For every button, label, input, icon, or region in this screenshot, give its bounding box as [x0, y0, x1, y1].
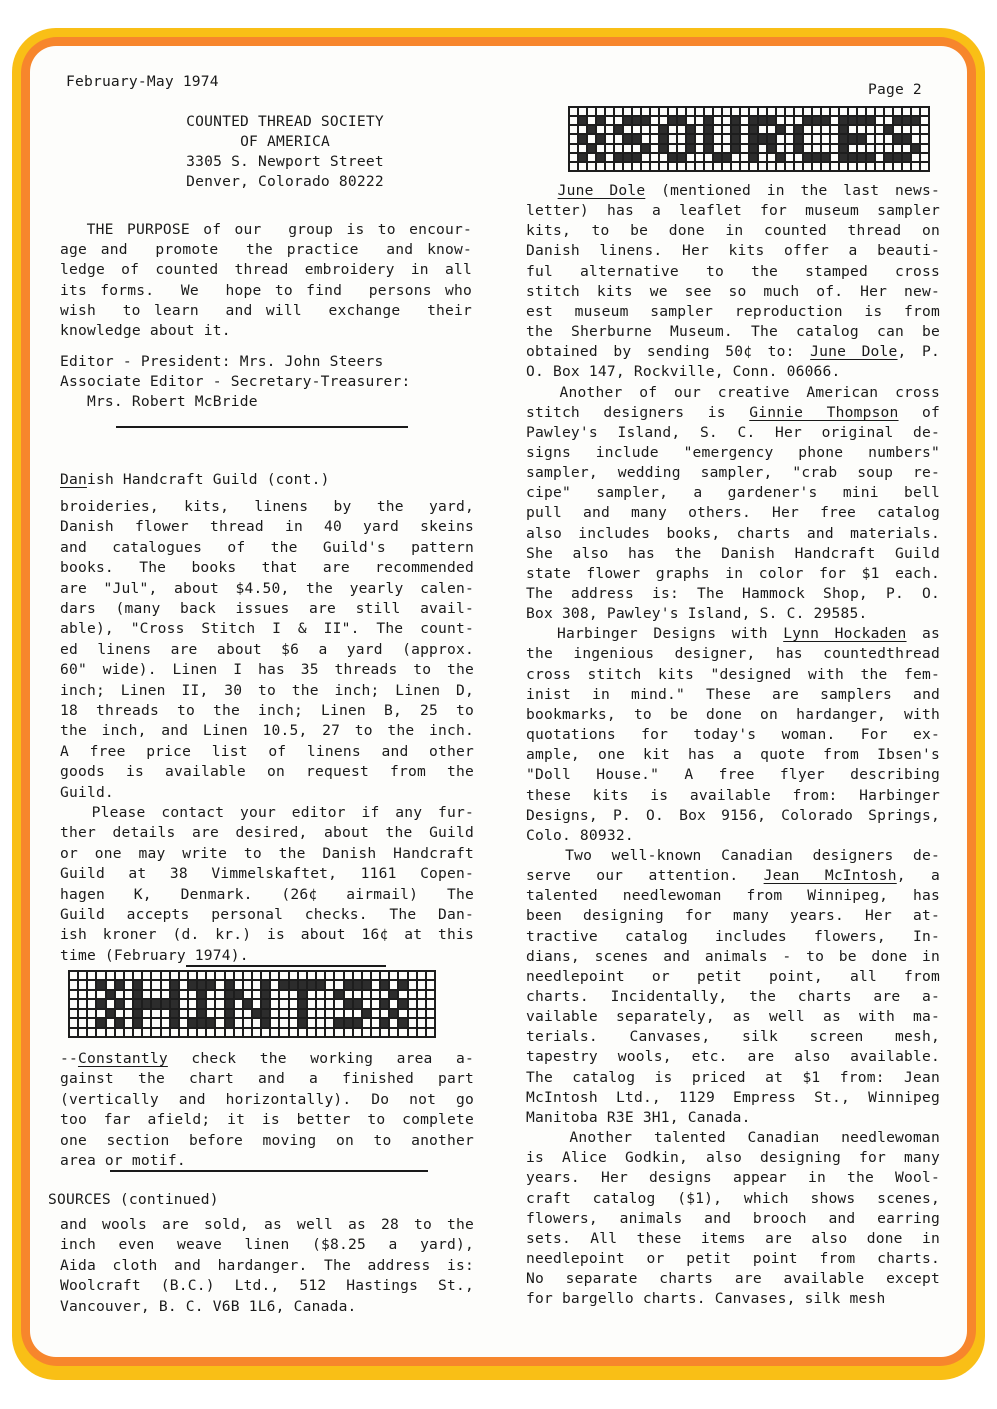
banner-cell: [750, 108, 757, 115]
banner-cell: [180, 1029, 187, 1036]
banner-cell: [912, 108, 919, 115]
page-number: Page 2: [868, 80, 922, 100]
banner-cell: [143, 972, 150, 979]
banner-cell: [615, 163, 622, 170]
banner-cell: [588, 154, 595, 161]
banner-cell: [390, 991, 397, 998]
banner-cell: [235, 1029, 242, 1036]
banner-cell: [317, 991, 324, 998]
banner-cell: [849, 135, 856, 142]
banner-cell: [399, 981, 406, 988]
banner-cell: [669, 135, 676, 142]
text-line: also includes books, charts and material…: [526, 524, 940, 544]
banner-cell: [714, 117, 721, 124]
banner-cell: [70, 991, 77, 998]
banner-cell: [427, 972, 434, 979]
banner-cell: [409, 1029, 416, 1036]
banner-cell: [885, 117, 892, 124]
text-line: ful alternative to the stamped cross: [526, 262, 940, 282]
banner-cell: [290, 1000, 297, 1007]
banner-cell: [152, 1029, 159, 1036]
banner-cell: [687, 154, 694, 161]
banner-cell: [88, 991, 95, 998]
banner-cell: [335, 1029, 342, 1036]
banner-cell: [253, 1000, 260, 1007]
banner-cell: [606, 145, 613, 152]
banner-cell: [326, 1010, 333, 1017]
banner-cell: [696, 126, 703, 133]
banner-cell: [660, 154, 667, 161]
banner-cell: [299, 972, 306, 979]
banner-cell: [345, 972, 352, 979]
banner-cell: [189, 981, 196, 988]
banner-cell: [894, 135, 901, 142]
banner-cell: [813, 135, 820, 142]
text-line: area or motif.: [60, 1151, 474, 1171]
text-line: been designing for many years. Her at-: [526, 906, 940, 926]
banner-cell: [125, 1010, 132, 1017]
banner-cell: [750, 145, 757, 152]
banner-cell: [651, 154, 658, 161]
banner-cell: [290, 981, 297, 988]
banner-cell: [198, 1019, 205, 1026]
banner-cell: [216, 1010, 223, 1017]
banner-cell: [723, 117, 730, 124]
banner-cell: [308, 1000, 315, 1007]
banner-cell: [335, 981, 342, 988]
banner-cell: [116, 991, 123, 998]
banner-cell: [216, 981, 223, 988]
banner-cell: [381, 1019, 388, 1026]
banner-cell: [262, 1029, 269, 1036]
banner-cell: [849, 117, 856, 124]
banner-cell: [840, 117, 847, 124]
banner-cell: [840, 145, 847, 152]
banner-cell: [134, 972, 141, 979]
banner-cell: [235, 981, 242, 988]
banner-cell: [885, 154, 892, 161]
banner-cell: [207, 1010, 214, 1017]
banner-cell: [579, 145, 586, 152]
text-line: Another of our creative American cross: [526, 383, 940, 403]
banner-cell: [885, 135, 892, 142]
banner-cell: [409, 991, 416, 998]
section-divider: [186, 965, 386, 967]
banner-cell: [714, 163, 721, 170]
banner-cell: [70, 1000, 77, 1007]
text-line: A free price list of linens and other: [60, 742, 474, 762]
banner-cell: [831, 163, 838, 170]
text-line: the Sherburne Museum. The catalog can be: [526, 322, 940, 342]
banner-cell: [116, 1019, 123, 1026]
banner-cell: [759, 163, 766, 170]
banner-cell: [678, 163, 685, 170]
banner-cell: [244, 1010, 251, 1017]
banner-cell: [427, 1010, 434, 1017]
banner-cell: [372, 991, 379, 998]
banner-cell: [280, 981, 287, 988]
banner-cell: [171, 1010, 178, 1017]
banner-cell: [687, 145, 694, 152]
banner-cell: [633, 163, 640, 170]
banner-cell: [143, 1019, 150, 1026]
banner-cell: [427, 1000, 434, 1007]
banner-cell: [696, 117, 703, 124]
banner-cell: [134, 1010, 141, 1017]
banner-cell: [399, 1010, 406, 1017]
text-line: needlepoint or petit point, all from: [526, 967, 940, 987]
banner-cell: [867, 126, 874, 133]
banner-cell: [597, 135, 604, 142]
banner-cell: [804, 117, 811, 124]
banner-cell: [903, 145, 910, 152]
banner-cell: [840, 154, 847, 161]
banner-cell: [97, 1019, 104, 1026]
banner-cell: [687, 163, 694, 170]
banner-cell: [171, 972, 178, 979]
banner-cell: [372, 972, 379, 979]
banner-cell: [732, 126, 739, 133]
banner-cell: [876, 163, 883, 170]
text-line: Aida cloth and hardanger. The address is…: [60, 1256, 474, 1276]
banner-cell: [858, 135, 865, 142]
banner-cell: [116, 1000, 123, 1007]
banner-cell: [714, 135, 721, 142]
banner-cell: [732, 135, 739, 142]
text-line: books. The books that are recommended: [60, 558, 474, 578]
banner-cell: [390, 981, 397, 988]
banner-cell: [244, 972, 251, 979]
banner-cell: [235, 972, 242, 979]
banner-cell: [597, 154, 604, 161]
banner-cell: [180, 1010, 187, 1017]
banner-cell: [786, 163, 793, 170]
banner-cell: [813, 117, 820, 124]
banner-cell: [579, 117, 586, 124]
masthead-line: 3305 S. Newport Street: [110, 152, 460, 172]
banner-cell: [858, 163, 865, 170]
text-line: Please contact your editor if any fur-: [60, 803, 474, 823]
banner-cell: [642, 126, 649, 133]
text-line: ed linens are about $6 a yard (approx.: [60, 640, 474, 660]
text-line: Another talented Canadian needlewoman: [526, 1128, 940, 1148]
text-line: Box 308, Pawley's Island, S. C. 29585.: [526, 604, 940, 624]
banner-cell: [741, 126, 748, 133]
banner-cell: [849, 154, 856, 161]
banner-cell: [326, 981, 333, 988]
banner-cell: [651, 126, 658, 133]
banner-cell: [162, 972, 169, 979]
banner-cell: [912, 145, 919, 152]
banner-cell: [777, 135, 784, 142]
banner-cell: [399, 972, 406, 979]
banner-cell: [97, 991, 104, 998]
text-line: years. Her designs appear in the Wool-: [526, 1168, 940, 1188]
banner-cell: [615, 117, 622, 124]
text-line: 60" wide). Linen I has 35 threads to the: [60, 660, 474, 680]
banner-cell: [876, 154, 883, 161]
banner-cell: [750, 154, 757, 161]
banner-cell: [363, 1010, 370, 1017]
banner-cell: [409, 1000, 416, 1007]
banner-cell: [381, 1010, 388, 1017]
banner-cell: [427, 991, 434, 998]
banner-cell: [271, 972, 278, 979]
banner-cell: [687, 108, 694, 115]
banner-cell: [615, 126, 622, 133]
banner-cell: [795, 154, 802, 161]
text-line: est museum sampler reproduction is from: [526, 302, 940, 322]
text-line: sampler, wedding sampler, "crab soup re-: [526, 463, 940, 483]
banner-cell: [290, 1010, 297, 1017]
banner-cell: [876, 117, 883, 124]
banner-cell: [858, 145, 865, 152]
banner-cell: [143, 1000, 150, 1007]
banner-cell: [207, 991, 214, 998]
banner-cell: [235, 1010, 242, 1017]
banner-cell: [849, 163, 856, 170]
banner-cell: [705, 108, 712, 115]
banner-cell: [427, 981, 434, 988]
banner-cell: [606, 108, 613, 115]
banner-cell: [912, 135, 919, 142]
banner-cell: [885, 126, 892, 133]
banner-cell: [399, 991, 406, 998]
banner-cell: [912, 126, 919, 133]
banner-cell: [345, 991, 352, 998]
banner-cell: [723, 163, 730, 170]
banner-cell: [570, 126, 577, 133]
banner-cell: [125, 1019, 132, 1026]
banner-cell: [804, 108, 811, 115]
banner-cell: [271, 1019, 278, 1026]
banner-cell: [97, 981, 104, 988]
banner-cell: [615, 145, 622, 152]
banner-cell: [849, 108, 856, 115]
banner-cell: [660, 163, 667, 170]
banner-cell: [642, 154, 649, 161]
text-line: O. Box 147, Rockville, Conn. 06066.: [526, 362, 940, 382]
banner-cell: [207, 1029, 214, 1036]
banner-cell: [741, 117, 748, 124]
banner-cell: [226, 1019, 233, 1026]
banner-cell: [134, 1019, 141, 1026]
text-line: its forms. We hope to find persons who: [60, 281, 472, 301]
banner-cell: [345, 1000, 352, 1007]
banner-cell: [363, 981, 370, 988]
banner-cell: [579, 135, 586, 142]
banner-cell: [317, 981, 324, 988]
banner-cell: [813, 145, 820, 152]
newsletter-page: February-May 1974 Page 2 COUNTED THREAD …: [30, 46, 967, 1357]
banner-cell: [786, 135, 793, 142]
banner-cell: [162, 1029, 169, 1036]
banner-cell: [70, 1019, 77, 1026]
banner-cell: [741, 163, 748, 170]
banner-cell: [597, 117, 604, 124]
text-line: She also has the Danish Handcraft Guild: [526, 544, 940, 564]
banner-cell: [308, 991, 315, 998]
banner-cell: [696, 154, 703, 161]
banner-cell: [226, 1029, 233, 1036]
banner-cell: [134, 981, 141, 988]
banner-cell: [290, 991, 297, 998]
banner-cell: [660, 117, 667, 124]
banner-cell: [858, 126, 865, 133]
banner-cell: [125, 1029, 132, 1036]
banner-cell: [280, 991, 287, 998]
banner-cell: [570, 145, 577, 152]
banner-cell: [97, 1029, 104, 1036]
banner-cell: [262, 981, 269, 988]
banner-cell: [399, 1000, 406, 1007]
banner-cell: [363, 1029, 370, 1036]
banner-cell: [381, 972, 388, 979]
banner-cell: [280, 1000, 287, 1007]
banner-cell: [216, 1000, 223, 1007]
banner-cell: [326, 972, 333, 979]
banner-cell: [777, 126, 784, 133]
banner-cell: [335, 1010, 342, 1017]
banner-cell: [588, 126, 595, 133]
banner-cell: [280, 1019, 287, 1026]
banner-cell: [912, 163, 919, 170]
banner-cell: [280, 972, 287, 979]
banner-cell: [97, 972, 104, 979]
banner-cell: [678, 145, 685, 152]
banner-cell: [849, 145, 856, 152]
banner-cell: [633, 145, 640, 152]
banner-cell: [768, 135, 775, 142]
banner-cell: [198, 991, 205, 998]
text-line: No separate charts are available except: [526, 1269, 940, 1289]
text-line: stitch designers is Ginnie Thompson of: [526, 403, 940, 423]
banner-cell: [409, 981, 416, 988]
banner-cell: [207, 1000, 214, 1007]
banner-cell: [253, 1010, 260, 1017]
banner-cell: [741, 135, 748, 142]
banner-cell: [678, 108, 685, 115]
banner-cell: [226, 1010, 233, 1017]
banner-cell: [777, 154, 784, 161]
banner-cell: [786, 108, 793, 115]
banner-cell: [79, 1029, 86, 1036]
banner-cell: [687, 126, 694, 133]
text-line: for bargello charts. Canvases, silk mesh: [526, 1289, 940, 1309]
banner-cell: [705, 154, 712, 161]
banner-cell: [345, 1010, 352, 1017]
banner-cell: [750, 117, 757, 124]
banner-cell: [903, 126, 910, 133]
banner-cell: [116, 981, 123, 988]
banner-cell: [606, 154, 613, 161]
banner-cell: [669, 126, 676, 133]
text-line: and catalogues of the Guild's pattern: [60, 538, 474, 558]
text-line: wish to learn and will exchange their: [60, 301, 472, 321]
section-divider: [110, 1170, 428, 1172]
banner-cell: [262, 1000, 269, 1007]
text-line: these kits is available from: Harbinger: [526, 786, 940, 806]
banner-cell: [849, 126, 856, 133]
banner-cell: [687, 117, 694, 124]
banner-cell: [894, 163, 901, 170]
text-line: Manitoba R3E 3H1, Canada.: [526, 1108, 940, 1128]
banner-cell: [390, 1029, 397, 1036]
banner-cell: [714, 126, 721, 133]
banner-cell: [189, 1010, 196, 1017]
banner-cell: [189, 972, 196, 979]
banner-cell: [570, 117, 577, 124]
text-line: talented needlewoman from Winnipeg, has: [526, 886, 940, 906]
banner-cell: [633, 117, 640, 124]
banner-cell: [921, 154, 928, 161]
banner-cell: [624, 117, 631, 124]
banner-cell: [759, 135, 766, 142]
banner-cell: [651, 163, 658, 170]
banner-cell: [107, 981, 114, 988]
banner-cell: [867, 108, 874, 115]
banner-cell: [216, 1019, 223, 1026]
banner-cell: [271, 981, 278, 988]
banner-cell: [299, 1010, 306, 1017]
text-line: June Dole (mentioned in the last news-: [526, 181, 940, 201]
text-line: Danish linens. Her kits offer a beauti-: [526, 241, 940, 261]
banner-cell: [235, 991, 242, 998]
banner-cell: [354, 972, 361, 979]
text-line: knowledge about it.: [60, 321, 472, 341]
banner-cell: [669, 163, 676, 170]
banner-cell: [317, 1000, 324, 1007]
banner-cell: [162, 1019, 169, 1026]
banner-cell: [79, 1010, 86, 1017]
banner-cell: [88, 1010, 95, 1017]
text-line: flowers, animals and brooch and earring: [526, 1209, 940, 1229]
banner-cell: [921, 108, 928, 115]
banner-cell: [804, 154, 811, 161]
banner-cell: [588, 108, 595, 115]
banner-cell: [885, 108, 892, 115]
banner-cell: [354, 981, 361, 988]
banner-cell: [759, 154, 766, 161]
banner-cell: [143, 1029, 150, 1036]
text-line: dians, scenes and animals - to be done i…: [526, 947, 940, 967]
banner-cell: [588, 135, 595, 142]
text-line: ledge of counted thread embroidery in al…: [60, 260, 472, 280]
text-line: needlepoint or petit point from charts.: [526, 1249, 940, 1269]
masthead-line: Denver, Colorado 80222: [110, 172, 460, 192]
banner-cell: [280, 1010, 287, 1017]
banner-cell: [678, 154, 685, 161]
banner-cell: [216, 991, 223, 998]
sources-continued-heading: SOURCES (continued): [48, 1190, 219, 1210]
banner-cell: [88, 1000, 95, 1007]
banner-cell: [299, 991, 306, 998]
banner-cell: [570, 135, 577, 142]
banner-cell: [894, 108, 901, 115]
banner-cell: [669, 108, 676, 115]
banner-cell: [723, 108, 730, 115]
banner-cell: [606, 163, 613, 170]
text-line: craft catalog ($1), which shows scenes,: [526, 1189, 940, 1209]
banner-cell: [696, 135, 703, 142]
banner-cell: [271, 1010, 278, 1017]
banner-cell: [579, 163, 586, 170]
banner-cell: [399, 1029, 406, 1036]
banner-cell: [390, 1010, 397, 1017]
banner-cell: [253, 1019, 260, 1026]
banner-cell: [714, 154, 721, 161]
banner-cell: [912, 154, 919, 161]
